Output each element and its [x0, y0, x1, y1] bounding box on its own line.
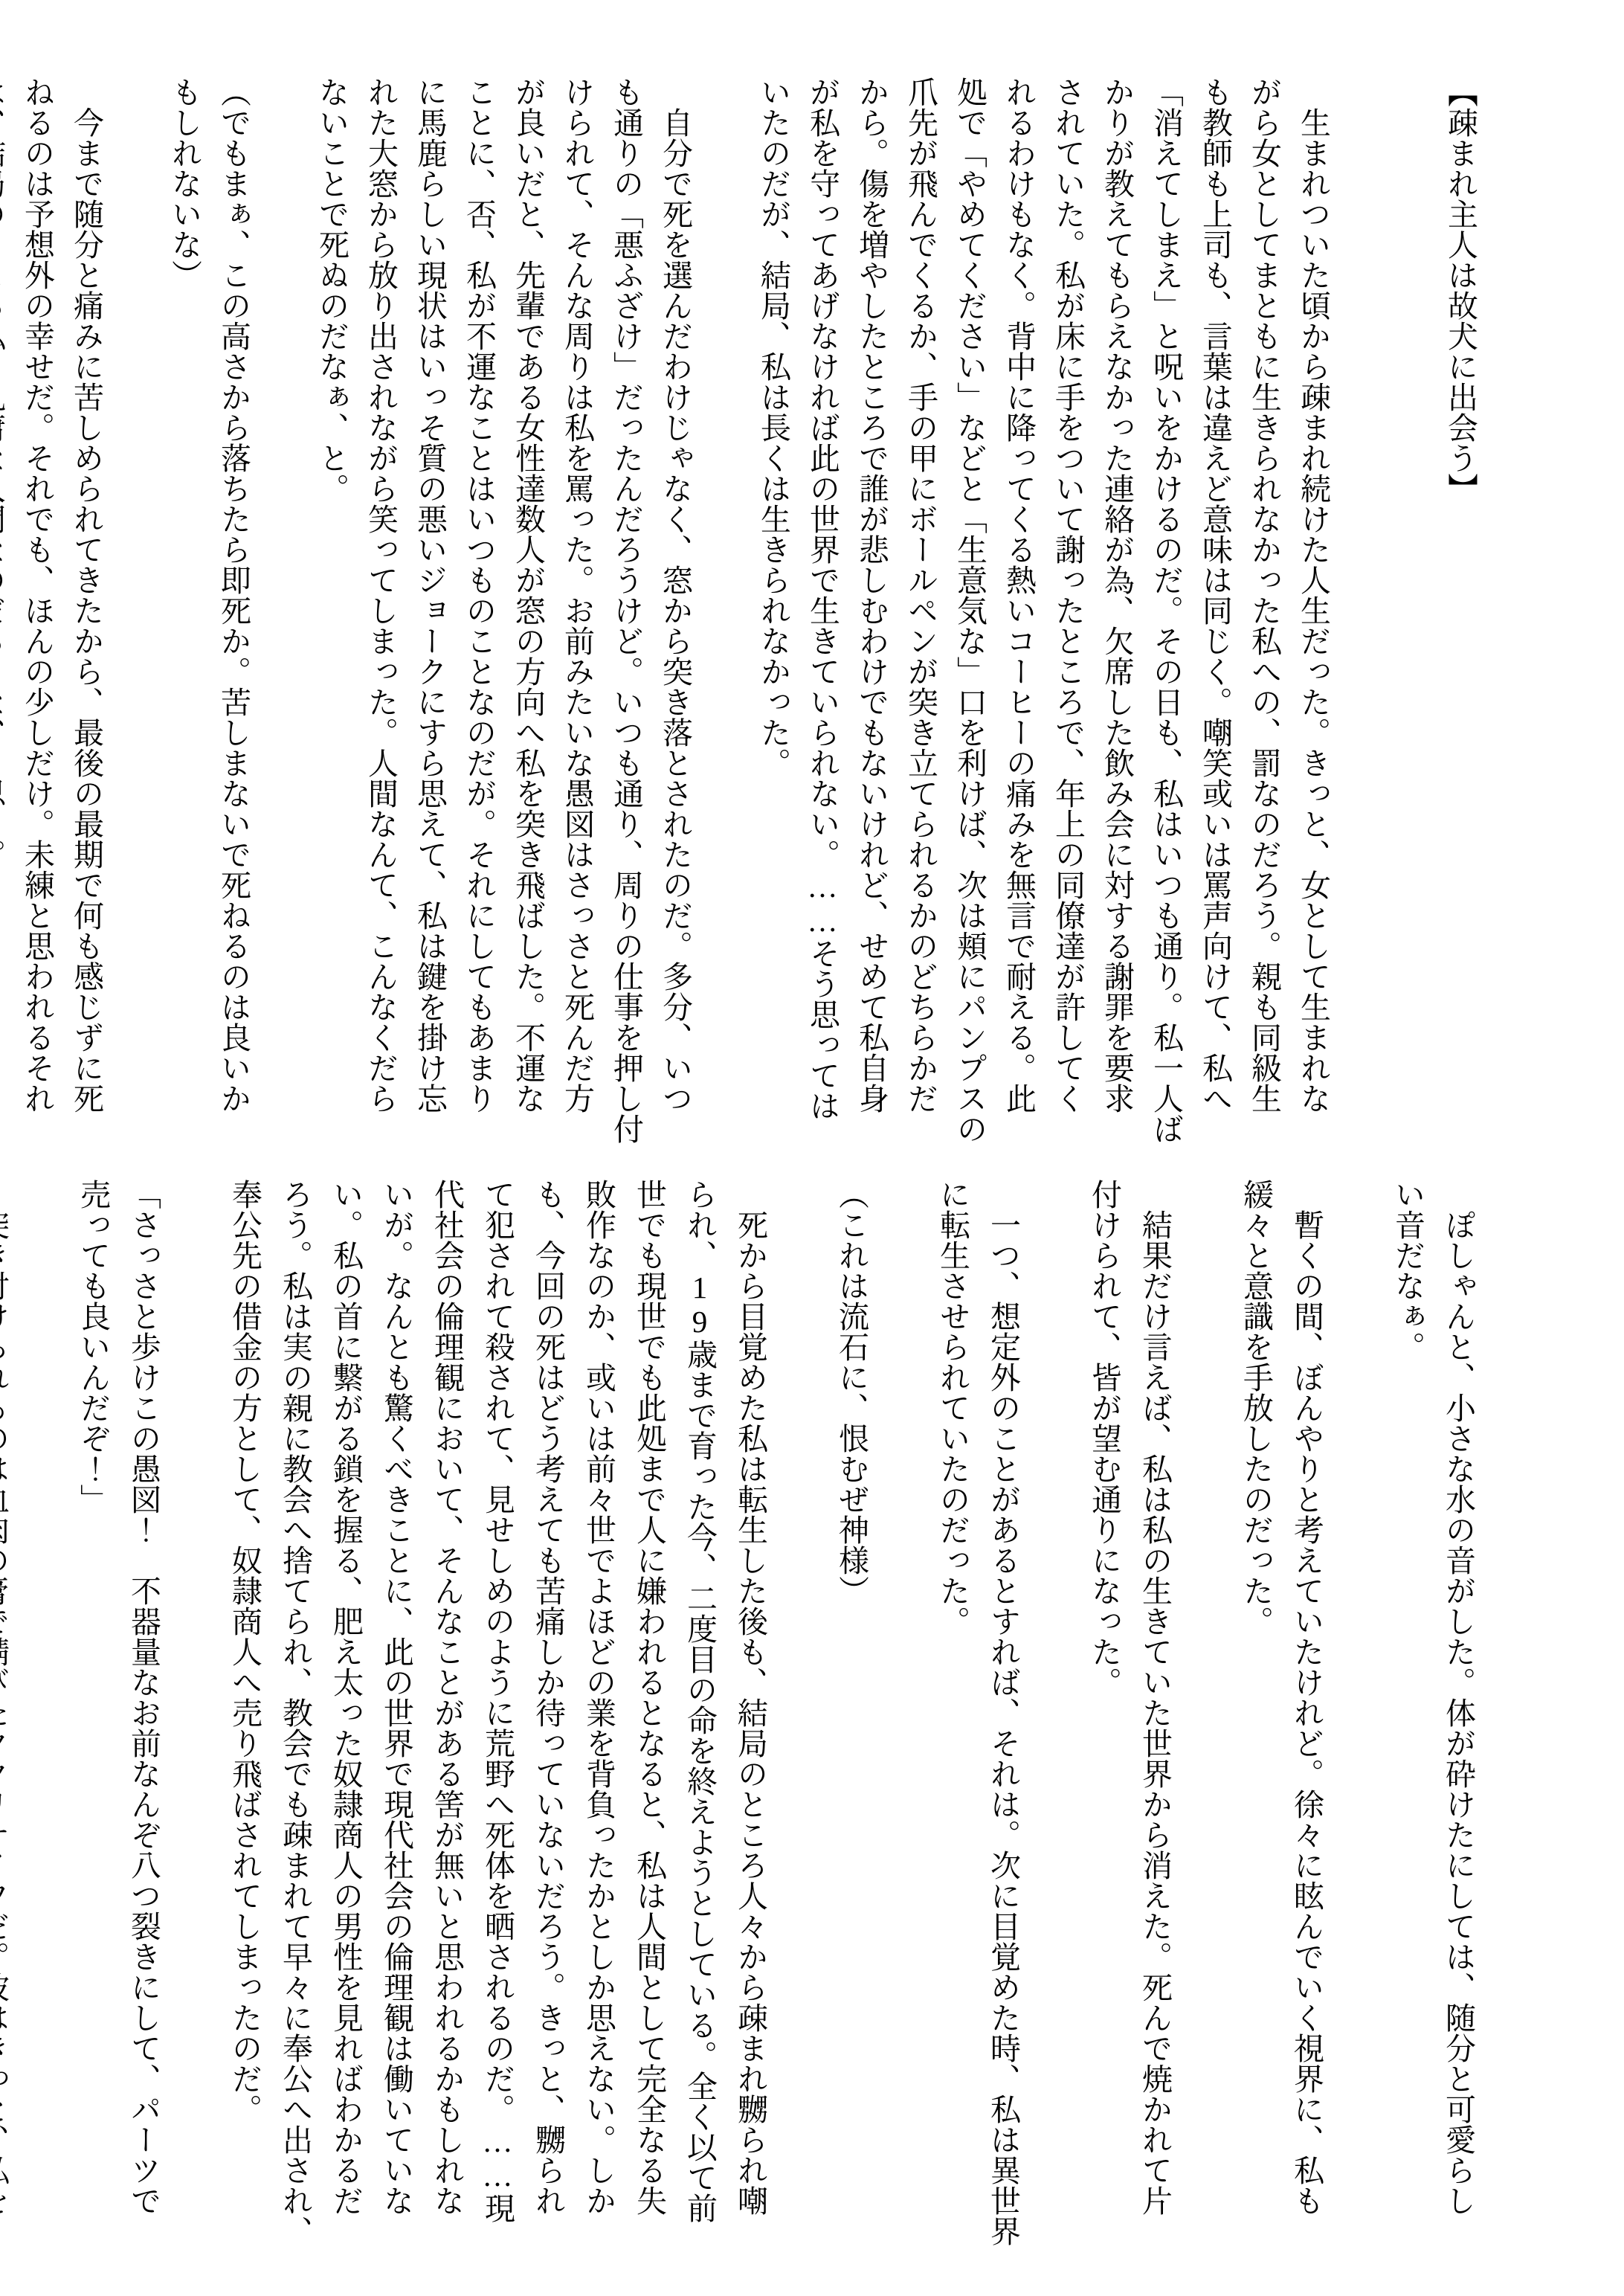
paragraph-top-3-monologue: （でもまぁ、この高さから落ちたら即死か。苦しまないで死ねるのは良いか もしれない… — [160, 77, 258, 1163]
chapter-title: 【疎まれ主人は故犬に出会う】 — [1436, 77, 1485, 1163]
page: { "page": { "colors": { "background": "#… — [0, 0, 1624, 2296]
paragraph-bottom-8: 突き付けられるのは血肉の膏で錆びたククリナイフだ。彼はきっと、私を 解体して量り… — [0, 1179, 17, 2265]
bottom-text-block: ぽしゃんと、小さな水の音がした。体が砕けたにしては、随分と可愛らし い音だなぁ。… — [0, 1179, 1534, 2265]
top-text-block: 【疎まれ主人は故犬に出会う】 生まれついた頃から疎まれ続けた人生だった。きっと、… — [0, 77, 1534, 1163]
paragraph-bottom-6: 死から目覚めた私は転生した後も、結局のところ人々から疎まれ嬲られ嘲 られ、19歳… — [219, 1179, 776, 2265]
paragraph-top-2: 自分で死を選んだわけじゃなく、窓から突き落とされたのだ。多分、いつ も通りの「悪… — [307, 77, 700, 1163]
paragraph-bottom-3: 結果だけ言えば、私は私の生きていた世界から消えた。死んで焼かれて片 付けられて、… — [1079, 1179, 1180, 2265]
paragraph-bottom-4: 一つ、想定外のことがあるとすれば、それは。次に目覚めた時、私は異世界 に転生させ… — [927, 1179, 1028, 2265]
paragraph-bottom-1: ぽしゃんと、小さな水の音がした。体が砕けたにしては、随分と可愛らし い音だなぁ。 — [1382, 1179, 1483, 2265]
paragraph-bottom-5-monologue: （これは流石に、恨むぜ神様） — [826, 1179, 877, 2265]
paragraph-top-4: 今まで随分と痛みに苦しめられてきたから、最後の最期で何も感じずに死 ねるのは予想… — [0, 77, 111, 1163]
paragraph-bottom-7-dialogue: 「さっさと歩けこの愚図！ 不器量なお前なんぞ八つ裂きにして、パーツで 売っても良… — [68, 1179, 169, 2265]
paragraph-top-1: 生まれついた頃から疎まれ続けた人生だった。きっと、女として生まれな がら女として… — [749, 77, 1338, 1163]
paragraph-bottom-2: 暫くの間、ぼんやりと考えていたけれど。徐々に眩んでいく視界に、私も 緩々と意識を… — [1231, 1179, 1332, 2265]
novel-page: 【疎まれ主人は故犬に出会う】 生まれついた頃から疎まれ続けた人生だった。きっと、… — [0, 0, 1624, 2296]
